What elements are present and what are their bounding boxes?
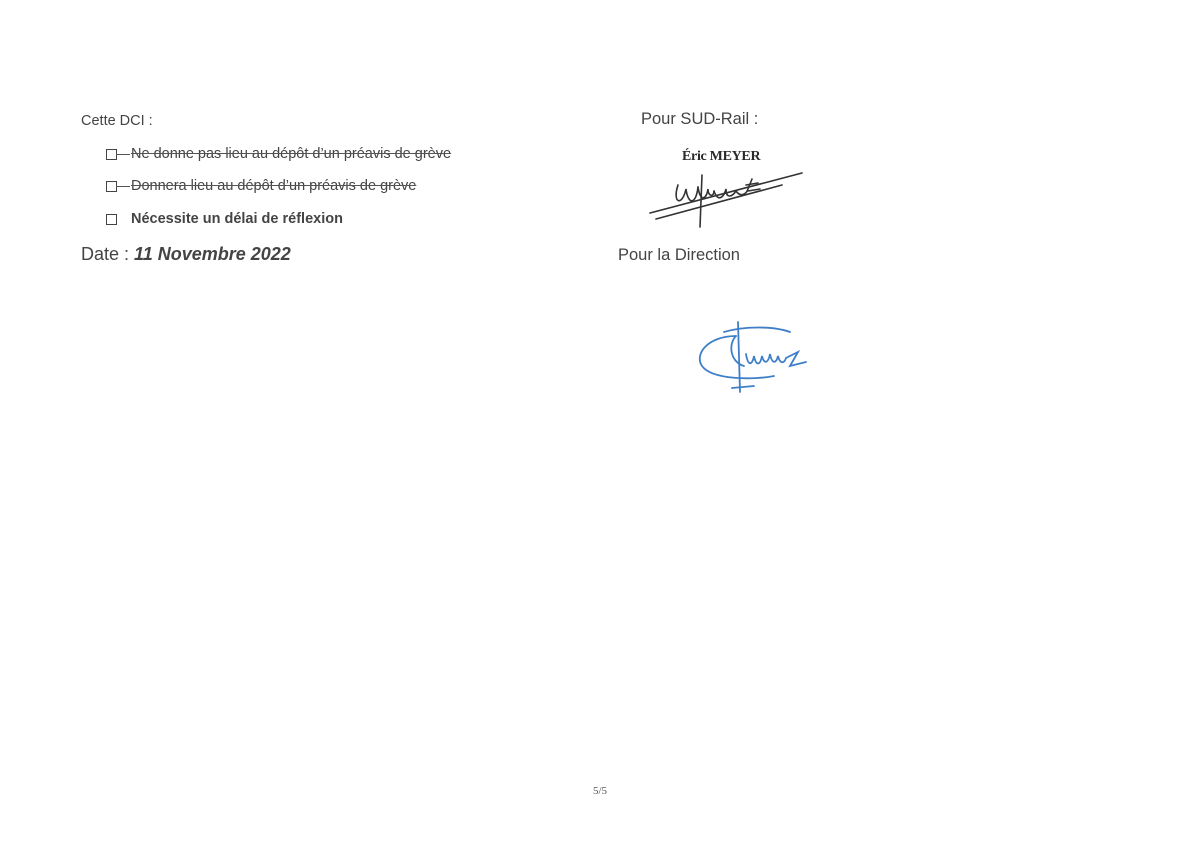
option-strike-notice: Donnera lieu au dépôt d’un préavis de gr… [106,178,416,194]
intro-label: Cette DCI : [81,113,153,129]
option-reflection-delay: Nécessite un délai de réflexion [106,211,343,227]
direction-signature [694,318,814,396]
page-number: 5/5 [0,785,1200,797]
sud-rail-label: Pour SUD-Rail : [641,110,758,129]
date-value: 11 Novembre 2022 [134,244,291,264]
option-label: Nécessite un délai de réflexion [131,211,343,227]
signature-icon [694,318,814,396]
option-no-strike-notice: Ne donne pas lieu au dépôt d’un préavis … [106,146,451,162]
option-label: Donnera lieu au dépôt d’un préavis de gr… [131,178,416,194]
checkbox-icon [106,181,117,192]
checkbox-icon [106,149,117,160]
direction-label: Pour la Direction [618,246,740,265]
signature-icon [642,145,812,235]
date-label: Date : [81,244,129,264]
sud-rail-signature: Éric MEYER [642,145,812,235]
checkbox-icon [106,214,117,225]
date-line: Date : 11 Novembre 2022 [81,244,291,265]
option-label: Ne donne pas lieu au dépôt d’un préavis … [131,146,451,162]
